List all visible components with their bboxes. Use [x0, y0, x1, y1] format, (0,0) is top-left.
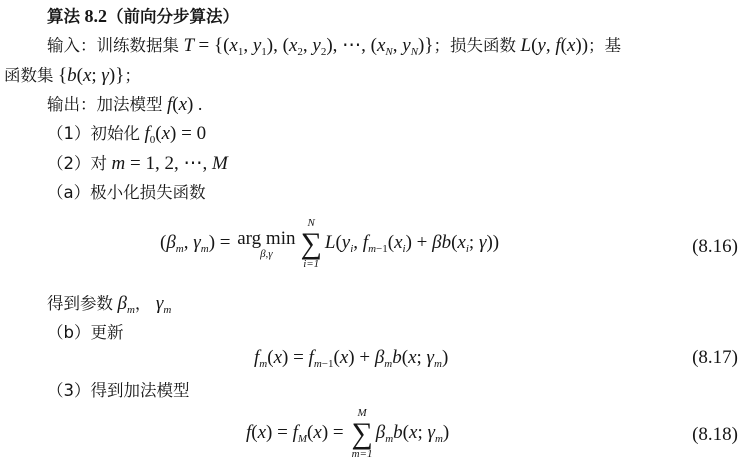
sep: ， [135, 294, 152, 313]
loss-label: 损失函数 [450, 36, 516, 55]
input-label: 输入： [47, 36, 97, 55]
input-line-cont: 函数集 {b(x; γ)}； [4, 64, 141, 87]
step-number: （3） [47, 381, 91, 400]
gamma-m: γm [156, 293, 171, 314]
equation-number: (8.16) [692, 236, 738, 258]
title-prefix: 算法 [47, 7, 80, 26]
beta-m: βm [118, 293, 135, 314]
step-text: 对 [91, 154, 108, 173]
sum-operator: N∑i=1 [300, 218, 321, 270]
step-text: 初始化 [91, 124, 141, 143]
step-text: 极小化损失函数 [90, 183, 206, 202]
equation-8-17: fm(x) = fm−1(x) + βmb(x; γm) [254, 347, 448, 370]
basis-label-a: 基 [605, 36, 622, 55]
algorithm-title: 算法 8.2（前向分步算法） [47, 5, 239, 28]
step-2: （2）对 m = 1, 2, ⋯, M [47, 152, 228, 175]
step-3: （3）得到加法模型 [47, 379, 190, 402]
output-label: 输出： [47, 95, 97, 114]
sum-operator: M∑m=1 [351, 408, 372, 460]
step-text: 更新 [90, 323, 123, 342]
step-expr: f0(x) = 0 [145, 123, 207, 144]
step-a: （a）极小化损失函数 [47, 181, 206, 204]
sep: ； [433, 36, 450, 55]
step-number: （b） [47, 323, 90, 342]
step-1: （1）初始化 f0(x) = 0 [47, 122, 206, 151]
basis-expr: {b(x; γ)} [58, 65, 124, 86]
dataset-label: 训练数据集 [97, 36, 180, 55]
result-text: 得到参数 [47, 294, 113, 313]
dataset-expr: T = {(x1, y1), (x2, y2), ⋯, (xN, yN)} [184, 35, 434, 56]
result-line: 得到参数 βm， γm [47, 292, 171, 321]
step-expr: m = 1, 2, ⋯, M [112, 153, 228, 174]
step-number: （1） [47, 124, 91, 143]
step-number: （a） [47, 183, 90, 202]
step-text: 得到加法模型 [91, 381, 190, 400]
sep: ； [124, 66, 141, 85]
equation-8-18: f(x) = fM(x) = M∑m=1βmb(x; γm) [246, 408, 449, 460]
equation-number: (8.17) [692, 347, 738, 369]
output-expr: f(x) [167, 94, 193, 115]
period: . [198, 94, 203, 114]
basis-label-b: 函数集 [4, 66, 54, 85]
sep: ； [588, 36, 605, 55]
output-line: 输出：加法模型 f(x) . [47, 93, 202, 116]
loss-expr: L(y, f(x)) [520, 35, 588, 56]
argmin-operator: arg minβ,γ [237, 229, 295, 259]
equation-8-16: (βm, γm) = arg minβ,γN∑i=1L(yi, fm−1(xi)… [160, 218, 499, 270]
title-name: （前向分步算法） [107, 7, 239, 26]
equation-number: (8.18) [692, 424, 738, 446]
step-b: （b）更新 [47, 321, 123, 344]
step-number: （2） [47, 154, 91, 173]
output-text: 加法模型 [97, 95, 163, 114]
input-line: 输入：训练数据集 T = {(x1, y1), (x2, y2), ⋯, (xN… [47, 34, 621, 63]
title-number: 8.2 [85, 6, 108, 26]
